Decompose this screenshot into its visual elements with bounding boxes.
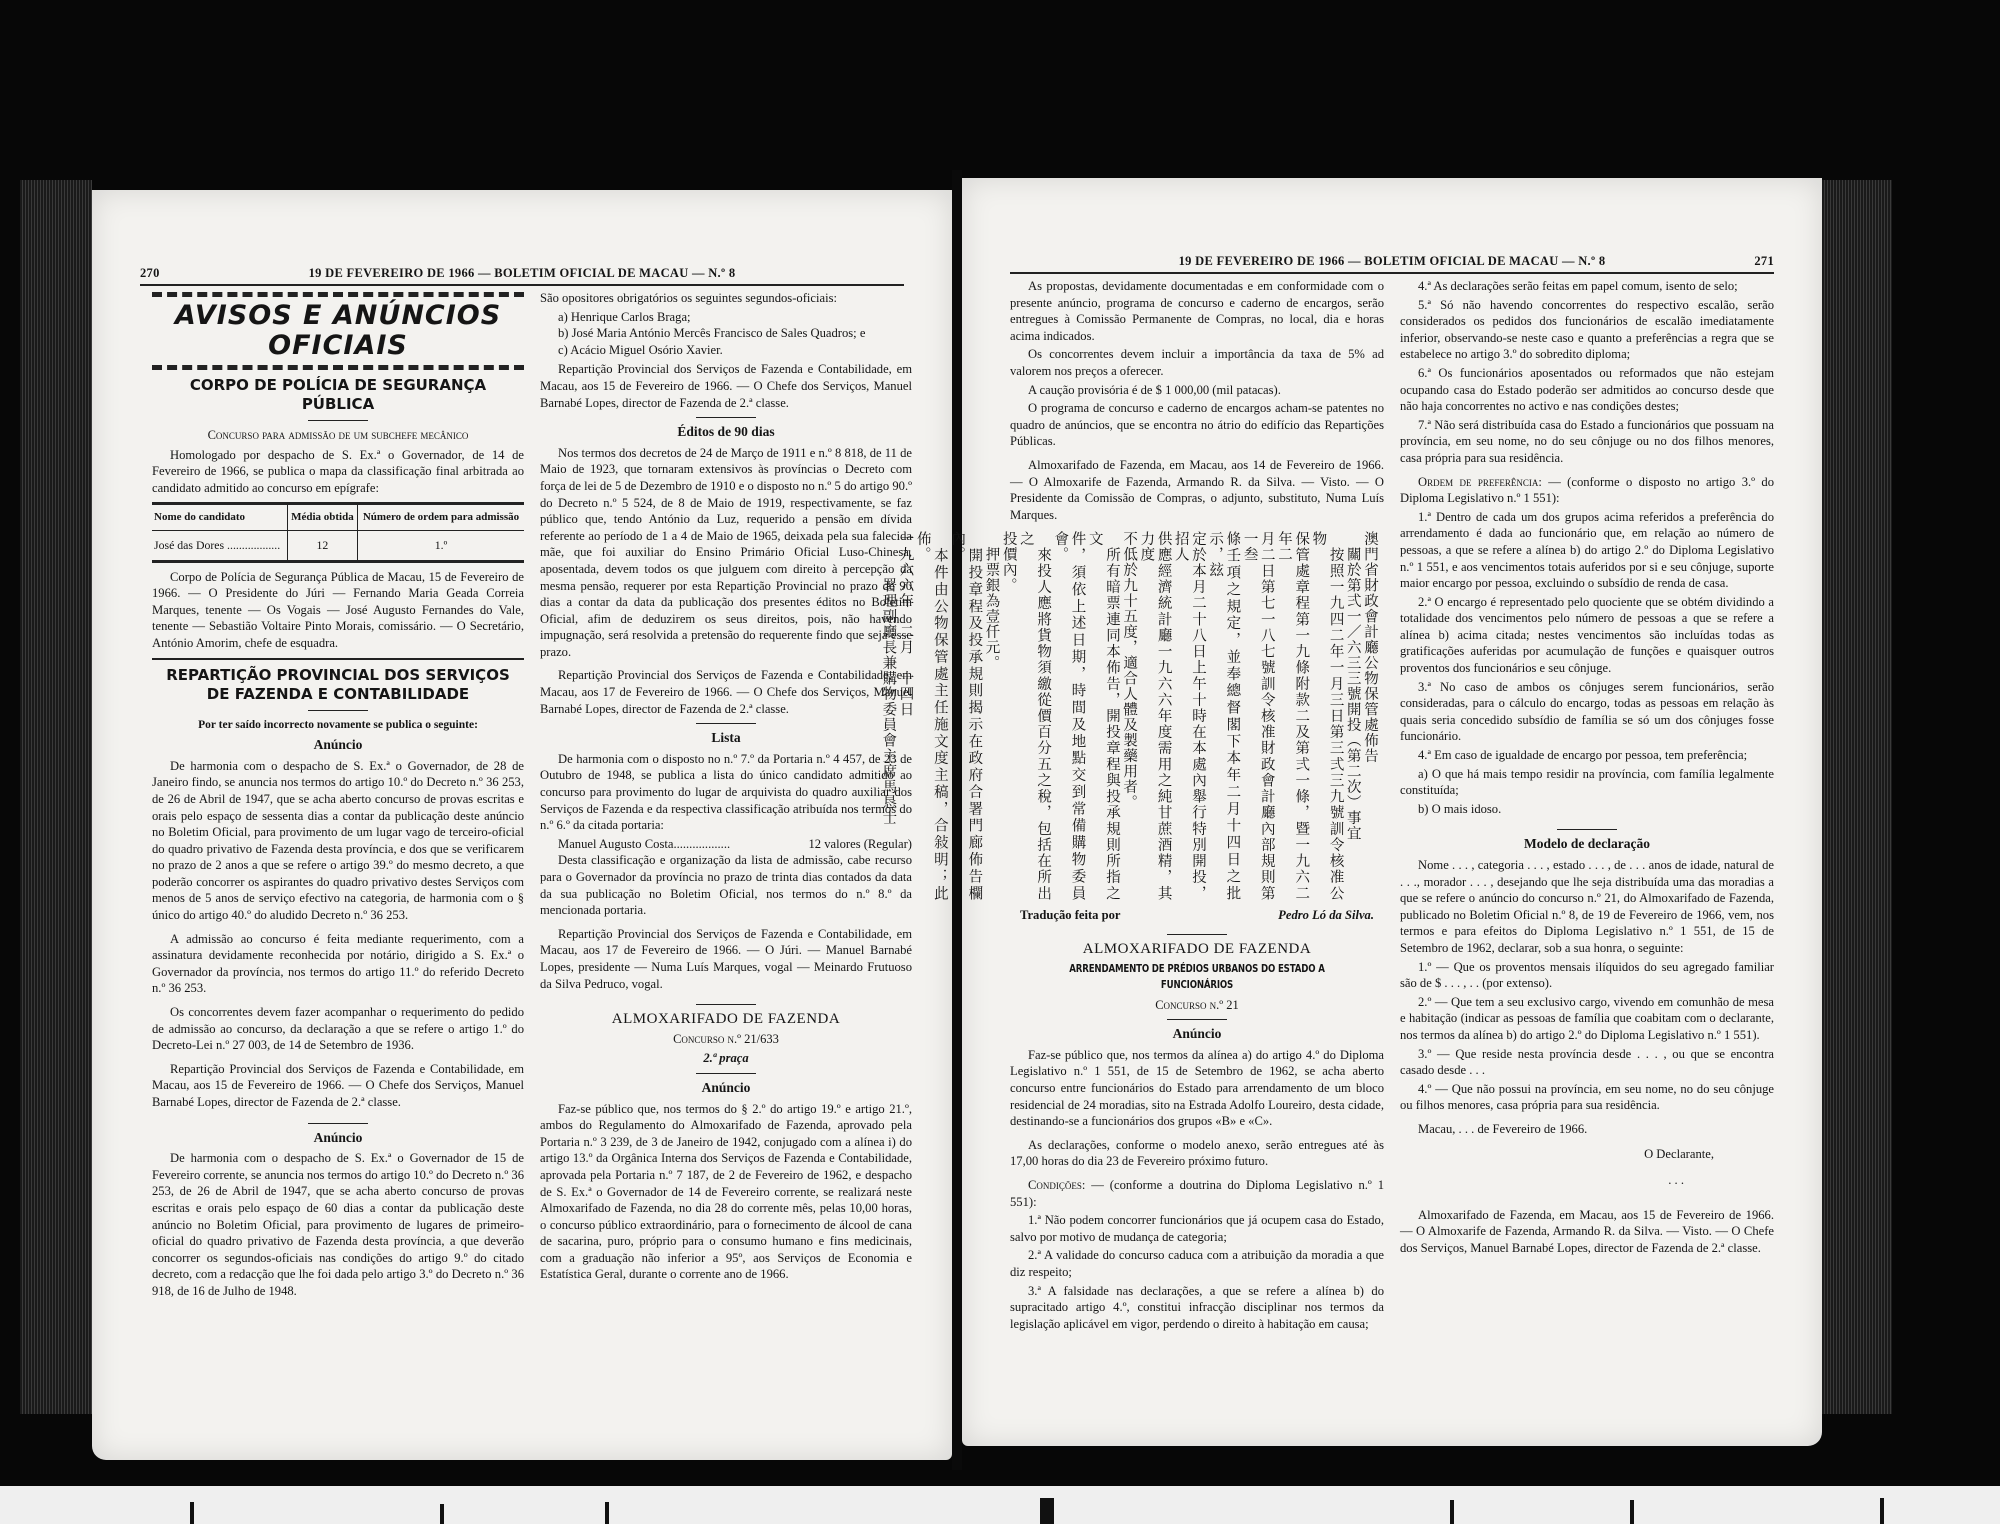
candidate-order: 1.º: [357, 530, 524, 561]
table-header: Número de ordem para admissão: [357, 504, 524, 531]
condition-item: 4.ª As declarações serão feitas em papel…: [1400, 278, 1774, 295]
divider: [696, 1004, 756, 1005]
signature-paragraph: Almoxarifado de Fazenda, em Macau, aos 1…: [1010, 457, 1384, 523]
condition-item: 6.ª Os funcionários aposentados ou refor…: [1400, 365, 1774, 415]
subheading: Anúncio: [1010, 1026, 1384, 1043]
chinese-column: 來投人應將貨物須繳從價百分五之稅，包括在所出之: [1017, 531, 1051, 901]
section-title: CORPO DE POLÍCIA DE SEGURANÇA PÚBLICA: [152, 376, 524, 414]
table-row: José das Dores .................. 12 1.º: [152, 530, 524, 561]
declaration-date: Macau, . . . de Fevereiro de 1966.: [1400, 1121, 1774, 1138]
chinese-column: 署理副廳長兼購物委員會主席馬恳士: [879, 531, 896, 901]
signature-paragraph: Repartição Provincial dos Serviços de Fa…: [540, 926, 912, 992]
condition-item: 7.ª Não será distribuída casa do Estado …: [1400, 417, 1774, 467]
section-title: ALMOXARIFADO DE FAZENDA: [1010, 941, 1384, 958]
paragraph: De harmonia com o despacho de S. Ex.ª o …: [152, 758, 524, 924]
praca-label: 2.ª praça: [540, 1050, 912, 1067]
section-title-line: REPARTIÇÃO PROVINCIAL DOS SERVIÇOS: [152, 666, 524, 685]
chinese-column: 保管處章程第一九條附款二及第弍一條，暨一九六二年二: [1275, 531, 1309, 901]
film-strip: [0, 1486, 2000, 1524]
list-item: b) José Maria António Mercês Francisco d…: [540, 325, 912, 342]
preference-subitem: a) O que há mais tempo residir na provín…: [1400, 766, 1774, 799]
condition-item: 5.ª Só não havendo concorrentes do respe…: [1400, 297, 1774, 363]
declaration-item: 4.º — Que não possui na província, em se…: [1400, 1081, 1774, 1114]
chinese-column: 開投章程及投承規則揭示在政府合署門廊佈告欄內。: [948, 531, 982, 901]
chinese-column: 關於第弍一／六三三號開投（第二次）事宜: [1344, 531, 1361, 901]
running-header-right: 19 DE FEVEREIRO DE 1966 — BOLETIM OFICIA…: [1010, 250, 1774, 274]
translation-credit: Tradução feita por Pedro Ló da Silva.: [1010, 907, 1384, 924]
preference-label: Ordem de preferência:: [1418, 475, 1542, 489]
subheading: Éditos de 90 dias: [540, 424, 912, 441]
signature-paragraph: Corpo de Polícia de Segurança Pública de…: [152, 569, 524, 652]
strip-mark: [440, 1504, 444, 1524]
entry-name: Manuel Augusto Costa..................: [558, 836, 730, 853]
chinese-column: 一九六六年 二月 十四日: [896, 531, 913, 901]
strip-mark: [1630, 1500, 1634, 1524]
reprint-note: Por ter saído incorrecto novamente se pu…: [152, 717, 524, 734]
right-column-2: 4.ª As declarações serão feitas em papel…: [1400, 278, 1774, 1258]
paragraph: Nos termos dos decretos de 24 de Março d…: [540, 445, 912, 661]
paragraph: De harmonia com o disposto no n.º 7.º da…: [540, 751, 912, 834]
chinese-column: 按照一九四二年一月三日第三弍三九號訓令核准公物: [1309, 531, 1343, 901]
classification-table: Nome do candidato Média obtida Número de…: [152, 502, 524, 562]
subheading: Lista: [540, 730, 912, 747]
chinese-column: 投價內。: [1000, 531, 1017, 901]
divider: [1167, 1019, 1227, 1020]
page-number: 271: [1754, 254, 1774, 269]
divider: [1557, 829, 1617, 830]
concurso-number: Concurso n.º 21/633: [540, 1031, 912, 1048]
divider: [308, 710, 368, 711]
chinese-column: 件，須依上述日期，時間及地點交到常備購物委員會。: [1051, 531, 1085, 901]
chinese-column: 澳門省財政會計廳公物保管處佈告: [1361, 531, 1378, 901]
condition-item: 1.ª Não podem concorrer funcionários que…: [1010, 1212, 1384, 1245]
signatory: O Declarante,: [1400, 1146, 1774, 1163]
declaration-item: 3.º — Que reside nesta província desde .…: [1400, 1046, 1774, 1079]
running-title: 19 DE FEVEREIRO DE 1966 — BOLETIM OFICIA…: [140, 266, 904, 281]
running-header-left: 270 19 DE FEVEREIRO DE 1966 — BOLETIM OF…: [140, 262, 904, 286]
paragraph: Condições: — (conforme a doutrina do Dip…: [1010, 1177, 1384, 1210]
subheading: Anúncio: [152, 1130, 524, 1147]
candidate-name: José das Dores ..................: [152, 530, 287, 561]
chinese-column: 押票銀為壹仟元。: [982, 531, 999, 901]
section-subtitle: ARRENDAMENTO DE PRÉDIOS URBANOS DO ESTAD…: [1044, 961, 1351, 994]
divider: [152, 658, 524, 660]
paragraph: Homologado por despacho de S. Ex.ª o Gov…: [152, 447, 524, 497]
preference-item: 3.ª No caso de ambos os cônjuges serem f…: [1400, 679, 1774, 745]
chinese-notice: 澳門省財政會計廳公物保管處佈告 關於第弍一／六三三號開投（第二次）事宜 按照一九…: [1016, 531, 1378, 901]
paragraph: Faz-se público que, nos termos da alínea…: [1010, 1047, 1384, 1130]
opositores-list: a) Henrique Carlos Braga; b) José Maria …: [540, 309, 912, 359]
chinese-column: 所有暗票連同本佈告，開投章程與投承規則所指之文: [1086, 531, 1120, 901]
strip-mark: [605, 1502, 609, 1524]
divider: [308, 1123, 368, 1124]
strip-mark: [1040, 1498, 1054, 1524]
chinese-column: 條壬項之規定，並奉總督閣下本年二月十四日之批示，玆: [1206, 531, 1240, 901]
conditions-label: Condições:: [1028, 1178, 1085, 1192]
signature-placeholder: . . .: [1400, 1172, 1774, 1189]
section-title-line: DE FAZENDA E CONTABILIDADE: [152, 685, 524, 704]
concurso-number: Concurso n.º 21: [1010, 997, 1384, 1014]
preference-item: 4.ª Em caso de igualdade de encargo por …: [1400, 747, 1774, 764]
divider: [696, 1073, 756, 1074]
paragraph: O programa de concurso e caderno de enca…: [1010, 400, 1384, 450]
page-271: 19 DE FEVEREIRO DE 1966 — BOLETIM OFICIA…: [962, 178, 1822, 1446]
chinese-column: 不低於九十五度，適合人體及製藥用者。: [1120, 531, 1137, 901]
subheading: Anúncio: [540, 1080, 912, 1097]
chinese-column: 定於本月二十八日上午十時在本處內舉行特別開投，招人: [1172, 531, 1206, 901]
paragraph: Os concorrentes devem fazer acompanhar o…: [152, 1004, 524, 1054]
chinese-column: 供應經濟統計廳一九六六年度需用之純甘蔗酒精，其力度: [1137, 531, 1171, 901]
left-column-2: São opositores obrigatórios os seguintes…: [540, 290, 912, 1285]
subheading: Modelo de declaração: [1400, 836, 1774, 853]
paragraph: Faz-se público que, nos termos do § 2.º …: [540, 1101, 912, 1284]
preference-item: 1.ª Dentro de cada um dos grupos acima r…: [1400, 509, 1774, 592]
divider: [308, 420, 368, 421]
signature-paragraph: Repartição Provincial dos Serviços de Fa…: [540, 667, 912, 717]
strip-mark: [1450, 1500, 1454, 1524]
paragraph: A caução provisória é de $ 1 000,00 (mil…: [1010, 382, 1384, 399]
page-270: 270 19 DE FEVEREIRO DE 1966 — BOLETIM OF…: [92, 190, 952, 1460]
chinese-column: 月二日第七一八七號訓令核准財政會計廳內部規則第一叁: [1240, 531, 1274, 901]
divider: [696, 417, 756, 418]
paragraph: As declarações, conforme o modelo anexo,…: [1010, 1137, 1384, 1170]
candidate-score: 12: [287, 530, 357, 561]
divider: [696, 723, 756, 724]
section-title: ALMOXARIFADO DE FAZENDA: [540, 1011, 912, 1028]
signature-paragraph: Repartição Provincial dos Serviços de Fa…: [540, 361, 912, 411]
book-edge-left: [20, 180, 92, 1414]
list-entry: Manuel Augusto Costa.................. 1…: [540, 836, 912, 853]
declaration-item: 1.º — Que os proventos mensais ilíquidos…: [1400, 959, 1774, 992]
paragraph: Nome . . . , categoria . . . , estado . …: [1400, 857, 1774, 957]
paragraph: As propostas, devidamente documentadas e…: [1010, 278, 1384, 344]
paragraph: Os concorrentes devem incluir a importân…: [1010, 346, 1384, 379]
section-title: REPARTIÇÃO PROVINCIAL DOS SERVIÇOS DE FA…: [152, 666, 524, 704]
running-title: 19 DE FEVEREIRO DE 1966 — BOLETIM OFICIA…: [1010, 254, 1774, 269]
translator-name: Pedro Ló da Silva.: [1278, 907, 1374, 924]
paragraph: Desta classificação e organização da lis…: [540, 852, 912, 918]
list-item: c) Acácio Miguel Osório Xavier.: [540, 342, 912, 359]
condition-item: 3.ª A falsidade nas declarações, a que s…: [1010, 1283, 1384, 1333]
signature-paragraph: Repartição Provincial dos Serviços de Fa…: [152, 1061, 524, 1111]
left-column-1: AVISOS E ANÚNCIOS OFICIAIS CORPO DE POLÍ…: [152, 290, 524, 1302]
table-header: Nome do candidato: [152, 504, 287, 531]
divider: [1167, 934, 1227, 935]
condition-item: 2.ª A validade do concurso caduca com a …: [1010, 1247, 1384, 1280]
chinese-column: 本件由公物保管處主任施文度主稿，合敍明；此佈。: [914, 531, 948, 901]
declaration-item: 2.º — Que tem a seu exclusivo cargo, viv…: [1400, 994, 1774, 1044]
strip-mark: [1880, 1498, 1884, 1524]
table-header: Média obtida: [287, 504, 357, 531]
list-item: a) Henrique Carlos Braga;: [540, 309, 912, 326]
concurso-title: Concurso para admissão de um subchefe me…: [152, 427, 524, 444]
preference-subitem: b) O mais idoso.: [1400, 801, 1774, 818]
translation-label: Tradução feita por: [1020, 907, 1121, 924]
preference-item: 2.ª O encargo é representado pelo quocie…: [1400, 594, 1774, 677]
right-column-1: As propostas, devidamente documentadas e…: [1010, 278, 1384, 1334]
paragraph: São opositores obrigatórios os seguintes…: [540, 290, 912, 307]
subheading: Anúncio: [152, 737, 524, 754]
banner-avisos: AVISOS E ANÚNCIOS OFICIAIS: [152, 292, 524, 370]
book-edge-right: [1822, 180, 1892, 1414]
strip-mark: [190, 1502, 194, 1524]
paragraph: Ordem de preferência: — (conforme o disp…: [1400, 474, 1774, 507]
signature-paragraph: Almoxarifado de Fazenda, em Macau, aos 1…: [1400, 1207, 1774, 1257]
paragraph: A admissão ao concurso é feita mediante …: [152, 931, 524, 997]
paragraph: De harmonia com o despacho de S. Ex.ª o …: [152, 1150, 524, 1299]
